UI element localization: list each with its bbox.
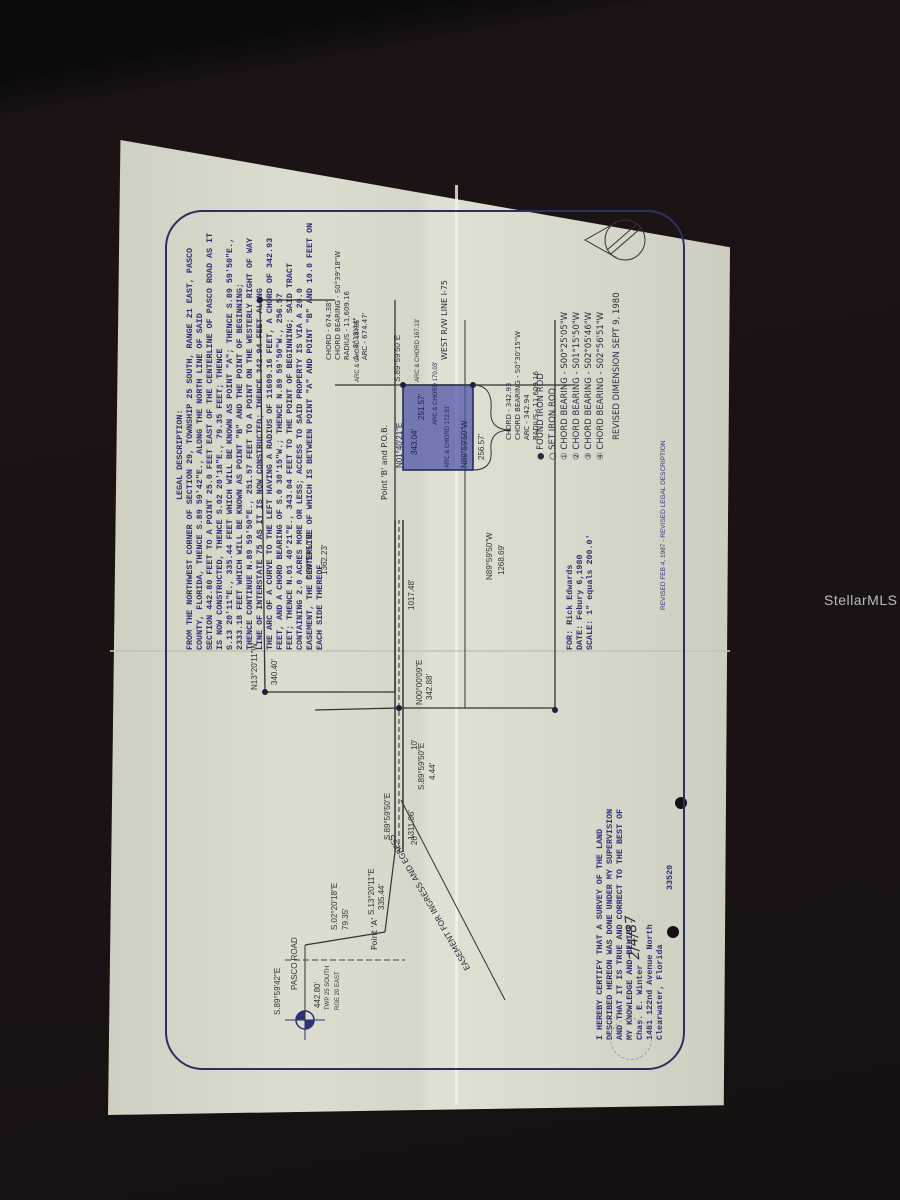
legend-item: ● FOUND IRON ROD xyxy=(535,292,547,460)
legend-item: ① CHORD BEARING - S00°25'05"W xyxy=(559,292,571,460)
point-b-label: Point 'B' and P.O.B. xyxy=(380,425,389,500)
north-arrow-icon xyxy=(585,220,645,260)
info-block: FOR: Rick Edwards DATE: Febury 6,1980 SC… xyxy=(565,534,595,650)
west-row-label: WEST R/W LINE I-75 xyxy=(440,280,449,360)
survey-drawing: LEGAL DESCRIPTION: FROM THE NORTHWEST CO… xyxy=(155,200,695,1080)
legend: ● FOUND IRON ROD ○ SET IRON ROD ① CHORD … xyxy=(535,292,623,460)
road-label: PASCO ROAD xyxy=(290,937,299,990)
legend-item: ③ CHORD BEARING - S02°05'46"W xyxy=(583,292,595,460)
legend-item: ② CHORD BEARING - S01°15'50"W xyxy=(571,292,583,460)
revision-note: REVISED FEB 4, 1987 - REVISED LEGAL DESC… xyxy=(660,440,667,610)
seal-icon xyxy=(610,1018,652,1060)
legend-item: ○ SET IRON ROD xyxy=(547,292,559,460)
watermark: StellarMLS xyxy=(824,592,897,608)
point-a-label: Point 'A' xyxy=(370,918,379,950)
legend-item: ④ CHORD BEARING - S02°56'51"W xyxy=(595,292,607,460)
overall-curve-note: CHORD - 674.38' CHORD BEARING - S0°39'18… xyxy=(325,251,370,360)
